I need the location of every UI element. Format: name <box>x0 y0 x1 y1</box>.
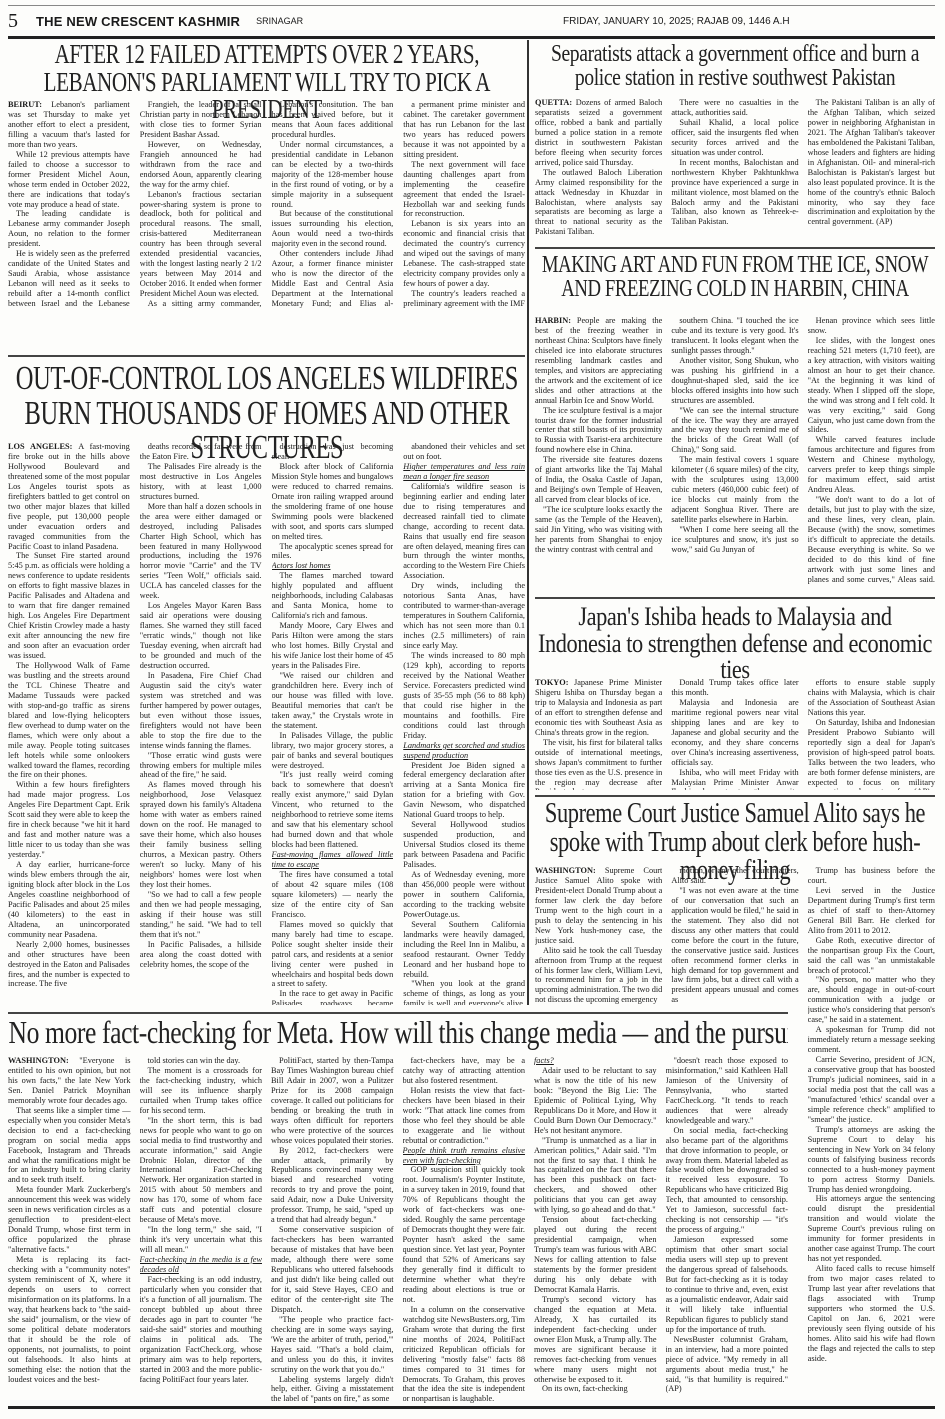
story-japan: Japan's Ishiba heads to Malaysia and Ind… <box>535 600 935 790</box>
story-column: LOS ANGELES: A fast-moving fire broke ou… <box>8 442 130 1005</box>
paragraph: Lebanon's fractious sectarian power-shar… <box>140 190 262 299</box>
paragraph: Meta founder Mark Zuckerberg's announcem… <box>8 1185 131 1255</box>
paragraph: In Pasadena, Fire Chief Chad Augustin sa… <box>140 671 262 751</box>
paragraph: "When I come here seeing all the ice scu… <box>671 525 798 555</box>
paragraph: BEIRUT: Lebanon's parliament was set Thu… <box>8 100 130 150</box>
page-number: 5 <box>8 10 30 33</box>
city-label: SRINAGAR <box>256 16 303 26</box>
paragraph: "So we had to call a few people and then… <box>140 890 262 940</box>
top-rule <box>8 5 935 6</box>
paragraph: The Sunset Fire started around 5:45 p.m.… <box>8 551 130 660</box>
paragraph: told stories can win the day. <box>140 1056 263 1066</box>
dateline: WASHINGTON: <box>535 866 605 875</box>
masthead: 5 THE NEW CRESCENT KASHMIR SRINAGAR FRID… <box>8 8 935 34</box>
subheading: Fact-checking in the media is a few deca… <box>140 1255 263 1275</box>
headline: Separatists attack a government office a… <box>535 40 935 98</box>
paragraph: "No person, no matter who they are, shou… <box>808 975 935 1025</box>
story-column: PolitiFact, started by then-Tampa Bay Ti… <box>271 1056 394 1403</box>
paragraph: As flames moved through his neighborhood… <box>140 780 262 889</box>
story-column: QUETTA: Dozens of armed Baloch separatis… <box>535 98 662 237</box>
paragraph: "Those erratic wind gusts were throwing … <box>140 751 262 781</box>
paragraph: But because of the constitutional issues… <box>272 209 394 249</box>
issue-date: FRIDAY, JANUARY 10, 2025; RAJAB 09, 1446… <box>563 16 790 27</box>
paragraph: A spokesman for Trump did not immediatel… <box>808 1025 935 1055</box>
paragraph: Labeling systems largely didn't help, ei… <box>271 1375 394 1404</box>
story-divider <box>535 247 935 249</box>
paragraph: On its own, fact-checking <box>534 1384 657 1394</box>
headline: MAKING ART AND FUN FROM THE ICE, SNOW AN… <box>535 251 934 316</box>
paragraph: HARBIN: People are making the best of th… <box>535 316 662 406</box>
paragraph: The visit, his first for bilateral talks… <box>535 738 662 790</box>
story-body: LOS ANGELES: A fast-moving fire broke ou… <box>8 442 525 1005</box>
paragraph: On Saturday, Ishiba and Indonesian Presi… <box>808 718 935 790</box>
paragraph: "I was not even aware at the time of our… <box>671 886 798 1005</box>
story-column: Donald Trump takes office later this mon… <box>671 678 798 790</box>
dateline: HARBIN: <box>535 316 577 325</box>
story-column: WASHINGTON: "Everyone is entitled to his… <box>8 1056 131 1403</box>
paragraph: Gabe Roth, executive director of the non… <box>808 936 935 976</box>
headline: AFTER 12 FAILED ATTEMPTS OVER 2 YEARS, L… <box>8 40 524 100</box>
paragraph: Tension about fact-checking played out d… <box>534 1215 657 1295</box>
paragraph: PolitiFact, started by then-Tampa Bay Ti… <box>271 1056 394 1146</box>
story-column: HARBIN: People are making the best of th… <box>535 316 662 586</box>
headline: OUT-OF-CONTROL LOS ANGELES WILDFIRES BUR… <box>8 360 525 442</box>
paragraph: The Hollywood Walk of Fame was bustling … <box>8 661 130 780</box>
paragraph: The leading candidate is Lebanese army c… <box>8 209 130 249</box>
paragraph: Another visitor, Song Shukun, who was pu… <box>671 356 798 406</box>
paragraph: While carved features include famous arc… <box>808 435 935 495</box>
dateline: WASHINGTON: <box>8 1056 79 1065</box>
subheading: Higher temperatures and less rain mean a… <box>403 462 525 482</box>
paragraph: Trump's second victory has changed the e… <box>534 1295 657 1385</box>
paragraph: Henan province which sees little snow. <box>808 316 935 336</box>
paragraph: abandoned their vehicles and set out on … <box>403 442 525 462</box>
story-body: QUETTA: Dozens of armed Baloch separatis… <box>535 98 935 237</box>
paragraph: In recent months, Balochistan and northw… <box>671 158 798 228</box>
dateline: QUETTA: <box>535 98 576 107</box>
paragraph: His attorneys argue the sentencing could… <box>808 1194 935 1264</box>
column-divider <box>527 40 529 1005</box>
paragraph: a permanent prime minister and cabinet. … <box>403 100 525 160</box>
paragraph: Jamieson expressed some optimism that ot… <box>666 1235 789 1335</box>
subheading: facts? <box>534 1056 657 1066</box>
story-column: Henan province which sees little snow.Ic… <box>808 316 935 586</box>
subheading: Fast-moving flames allowed little time t… <box>272 850 394 870</box>
paragraph: On social media, fact-checking also beca… <box>666 1126 789 1235</box>
paragraph: Within a few hours firefighters had made… <box>8 780 130 860</box>
paragraph: Several Southern California landmarks we… <box>403 920 525 980</box>
headline: Japan's Ishiba heads to Malaysia and Ind… <box>535 600 934 678</box>
story-column: Frangieh, the leader of a small Christia… <box>140 100 262 310</box>
paragraph: In the race to get away in Pacific Palis… <box>272 989 394 1005</box>
story-column: destruction was just becoming clear.Bloc… <box>272 442 394 1005</box>
story-meta-fact-checking: No more fact-checking for Meta. How will… <box>8 1016 788 1403</box>
paragraph: NewsBuster columnist Graham, in an inter… <box>666 1335 789 1395</box>
story-la-wildfires: OUT-OF-CONTROL LOS ANGELES WILDFIRES BUR… <box>8 360 525 1005</box>
story-column: fact-checkers have, may be a catchy way … <box>403 1056 526 1403</box>
paragraph: In a column on the conservative watchdog… <box>403 1305 526 1403</box>
paragraph: The fires have consumed a total of about… <box>272 870 394 920</box>
story-divider <box>535 795 935 797</box>
paragraph: Other contenders include Jihad Azour, a … <box>272 249 394 310</box>
paragraph: Trump has business before the court. <box>808 866 935 886</box>
paragraph: However, on Wednesday, Frangieh announce… <box>140 140 262 190</box>
subheading: Actors lost homes <box>272 561 394 571</box>
story-column: a permanent prime minister and cabinet. … <box>403 100 525 310</box>
bottom-rule <box>8 1406 935 1409</box>
paragraph: Some conservative suspicion of fact-chec… <box>271 1225 394 1315</box>
paragraph: efforts to ensure stable supply chains w… <box>808 678 935 718</box>
paragraph: fact-checkers have, may be a catchy way … <box>403 1056 526 1086</box>
story-column: told stories can win the day.The moment … <box>140 1056 263 1403</box>
paragraph: Carrie Severino, president of JCN, a con… <box>808 1055 935 1125</box>
paragraph: "In the long term," she said, "I think i… <box>140 1225 263 1255</box>
paragraph: There were no casualties in the attack, … <box>671 98 798 118</box>
story-column: motion, or any other court matters, Alit… <box>671 866 798 1005</box>
paragraph: Nearly 2,000 homes, businesses and other… <box>8 940 130 990</box>
subheading: Landmarks get scorched and studios suspe… <box>403 741 525 761</box>
paragraph: WASHINGTON: "Everyone is entitled to his… <box>8 1056 131 1106</box>
paragraph: The Palisades Fire already is the most d… <box>140 462 262 502</box>
story-column: efforts to ensure stable supply chains w… <box>808 678 935 790</box>
story-column: There were no casualties in the attack, … <box>671 98 798 237</box>
paragraph: Holan resists the view that fact-checker… <box>403 1086 526 1146</box>
story-divider <box>535 597 935 599</box>
paragraph: Several Hollywood studios suspended prod… <box>403 820 525 870</box>
paragraph: The ice sculpture festival is a major to… <box>535 406 662 456</box>
paragraph: Block after block of California Mission … <box>272 462 394 542</box>
story-column: BEIRUT: Lebanon's parliament was set Thu… <box>8 100 130 310</box>
paragraph: The riverside site features dozens of gi… <box>535 455 662 505</box>
paragraph: The flames marched toward highly populat… <box>272 571 394 621</box>
story-lebanon: AFTER 12 FAILED ATTEMPTS OVER 2 YEARS, L… <box>8 40 525 310</box>
paragraph: More than half a dozen schools in the ar… <box>140 502 262 602</box>
paragraph: The next government will face daunting c… <box>403 160 525 220</box>
story-pakistan: Separatists attack a government office a… <box>535 40 935 245</box>
dateline: BEIRUT: <box>8 100 51 109</box>
story-column: "doesn't reach those exposed to misinfor… <box>666 1056 789 1403</box>
paragraph: Meta is replacing its fact-checking with… <box>8 1255 131 1384</box>
dateline: TOKYO: <box>535 678 574 687</box>
paragraph: He is widely seen as the preferred candi… <box>8 249 130 310</box>
paragraph: Under normal circumstances, a presidenti… <box>272 140 394 210</box>
headline: Supreme Court Justice Samuel Alito says … <box>535 798 935 866</box>
paragraph: Ishiba, who will meet Friday with Malays… <box>671 768 798 790</box>
story-column: The Pakistani Taliban is an ally of the … <box>808 98 935 237</box>
paragraph: southern China. "I touched the ice cube … <box>671 316 798 356</box>
paragraph: Los Angeles Mayor Karen Bass said air op… <box>140 601 262 671</box>
paragraph: "It's just really weird coming back to s… <box>272 770 394 850</box>
paragraph: By 2012, fact-checkers were under attack… <box>271 1146 394 1226</box>
story-column: TOKYO: Japanese Prime Minister Shigeru I… <box>535 678 662 790</box>
paragraph: That seems like a simpler time — especia… <box>8 1106 131 1186</box>
paragraph: "We don't want to do a lot of details, b… <box>808 495 935 586</box>
story-body: BEIRUT: Lebanon's parliament was set Thu… <box>8 100 525 310</box>
paragraph: "When you look at the grand scheme of th… <box>403 979 525 1005</box>
paragraph: WASHINGTON: Supreme Court Justice Samuel… <box>535 866 662 946</box>
paragraph: Levi served in the Justice Department du… <box>808 886 935 936</box>
story-body: TOKYO: Japanese Prime Minister Shigeru I… <box>535 678 935 790</box>
paragraph: Trump's attorneys are asking the Supreme… <box>808 1125 935 1195</box>
story-column: southern China. "I touched the ice cube … <box>671 316 798 586</box>
paragraph: "Trump is unmatched as a liar in America… <box>534 1136 657 1216</box>
paragraph: "We raised our children and grandchildre… <box>272 671 394 731</box>
story-column: deaths recorded so far were from the Eat… <box>140 442 262 1005</box>
paragraph: TOKYO: Japanese Prime Minister Shigeru I… <box>535 678 662 738</box>
paragraph: The moment is a crossroads for the fact-… <box>140 1066 263 1116</box>
story-divider <box>8 355 525 357</box>
paper-name: THE NEW CRESCENT KASHMIR <box>36 14 240 29</box>
paragraph: The Pakistani Taliban is an ally of the … <box>808 98 935 227</box>
paragraph: Dry winds, including the notorious Santa… <box>403 581 525 651</box>
paragraph: "doesn't reach those exposed to misinfor… <box>666 1056 789 1126</box>
paragraph: As a sitting army commander, Joseph Aoun… <box>140 299 262 310</box>
story-column: Lebanon's consitution. The ban has been … <box>272 100 394 310</box>
paragraph: "We can see the internal structure of th… <box>671 406 798 456</box>
paragraph: In Pacific Palisades, a hillside area al… <box>140 940 262 970</box>
story-divider <box>8 1012 788 1014</box>
paragraph: Malaysia and Indonesia are maritime regi… <box>671 698 798 768</box>
paragraph: The outlawed Baloch Liberation Army clai… <box>535 168 662 238</box>
paragraph: Suhail Khalid, a local police officer, s… <box>671 118 798 158</box>
story-body: HARBIN: People are making the best of th… <box>535 316 935 586</box>
subheading: People think truth remains elusive even … <box>403 1146 526 1166</box>
story-harbin: MAKING ART AND FUN FROM THE ICE, SNOW AN… <box>535 251 935 586</box>
dateline: LOS ANGELES: <box>8 442 78 451</box>
paragraph: The winds increased to 80 mph (129 kph),… <box>403 651 525 741</box>
masthead-rule <box>8 36 935 39</box>
paragraph: Ice slides, with the longest ones reachi… <box>808 336 935 436</box>
paragraph: "The ice sculpture looks exactly the sam… <box>535 505 662 555</box>
paragraph: Alito faced calls to recuse himself from… <box>808 1264 935 1364</box>
paragraph: Alito said he took the call Tuesday afte… <box>535 946 662 1006</box>
paragraph: Mandy Moore, Cary Elwes and Paris Hilton… <box>272 621 394 671</box>
paragraph: A day earlier, hurricane-force winds ble… <box>8 860 130 940</box>
paragraph: The country's leaders reached a prelimin… <box>403 289 525 310</box>
story-column: facts?Adair used to be reluctant to say … <box>534 1056 657 1403</box>
paragraph: Lebanon is six years into an economic an… <box>403 219 525 289</box>
paragraph: Adair used to be reluctant to say what i… <box>534 1066 657 1136</box>
paragraph: Flames moved so quickly that many barely… <box>272 920 394 990</box>
story-column: abandoned their vehicles and set out on … <box>403 442 525 1005</box>
paragraph: While 12 previous attempts have failed t… <box>8 150 130 210</box>
paragraph: GOP suspicion still quickly took root. J… <box>403 1165 526 1304</box>
paragraph: LOS ANGELES: A fast-moving fire broke ou… <box>8 442 130 551</box>
story-column: Trump has business before the court.Levi… <box>808 866 935 1364</box>
paragraph: "The people who practice fact-checking a… <box>271 1315 394 1375</box>
paragraph: In Palisades Village, the public library… <box>272 731 394 771</box>
paragraph: Fact-checking is an odd industry, partic… <box>140 1275 263 1384</box>
story-body: WASHINGTON: "Everyone is entitled to his… <box>8 1056 788 1403</box>
paragraph: QUETTA: Dozens of armed Baloch separatis… <box>535 98 662 168</box>
paragraph: The apocalyptic scenes spread for miles. <box>272 542 394 562</box>
headline: No more fact-checking for Meta. How will… <box>8 1016 788 1056</box>
paragraph: California's wildfire season is beginnin… <box>403 482 525 582</box>
paragraph: The main festival covers 1 square kilome… <box>671 455 798 525</box>
story-column: WASHINGTON: Supreme Court Justice Samuel… <box>535 866 662 1005</box>
paragraph: "In the short term, this is bad news for… <box>140 1116 263 1225</box>
paragraph: President Joe Biden signed a federal eme… <box>403 761 525 821</box>
paragraph: As of Wednesday evening, more than 456,0… <box>403 870 525 920</box>
